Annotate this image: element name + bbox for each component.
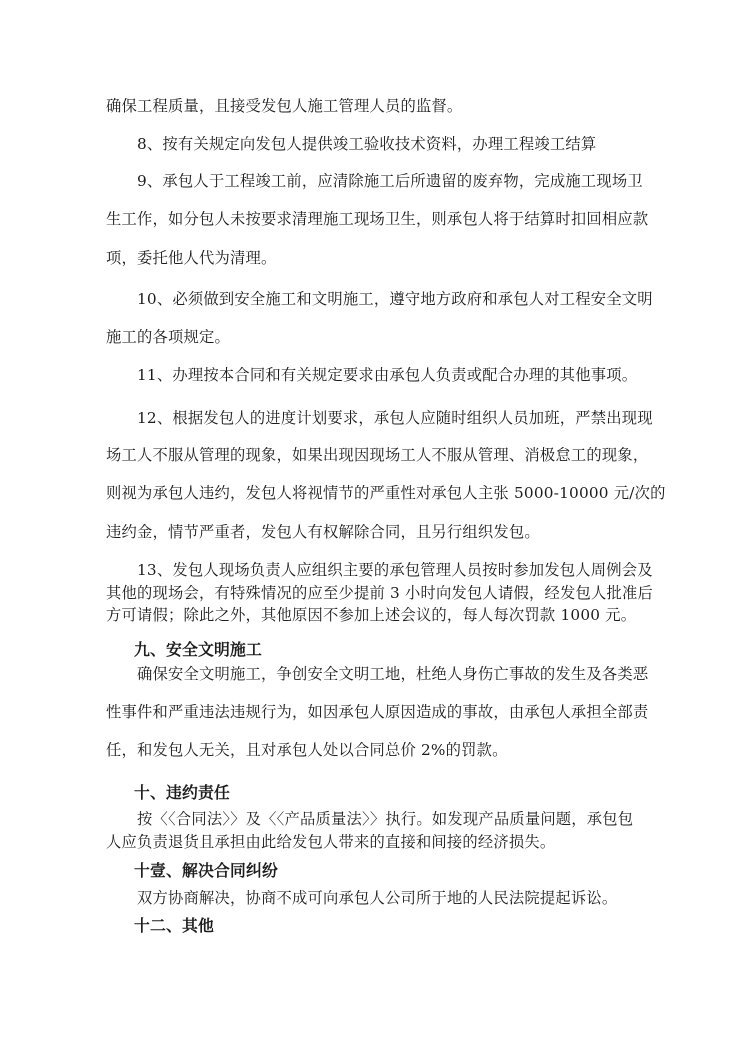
- document-line: 人应负责退货且承担由此给发包人带来的直接和间接的经济损失。: [106, 834, 555, 851]
- document-line: 12、根据发包人的进度计划要求，承包人应随时组织人员加班，严禁出现现: [137, 410, 653, 427]
- document-line: 项，委托他人代为清理。: [106, 250, 276, 267]
- document-text-block: 确保工程质量，且接受发包人施工管理人员的监督。8、按有关规定向发包人提供竣工验收…: [0, 0, 744, 1052]
- section-heading: 十二、其他: [134, 917, 214, 934]
- document-line: 按〈〈合同法〉〉及〈〈产品质量法〉〉执行。如发现产品质量问题，承包包: [137, 811, 633, 828]
- document-line: 生工作，如分包人未按要求清理施工现场卫生，则承包人将于结算时扣回相应款: [106, 211, 648, 228]
- document-line: 8、按有关规定向发包人提供竣工验收技术资料，办理工程竣工结算: [137, 136, 596, 153]
- document-line: 10、必须做到安全施工和文明施工，遵守地方政府和承包人对工程安全文明: [137, 291, 653, 308]
- document-line: 违约金，情节严重者，发包人有权解除合同，且另行组织发包。: [106, 524, 540, 541]
- document-line: 方可请假；除此之外，其他原因不参加上述会议的，每人每次罚款 1000 元。: [106, 607, 636, 624]
- contract-document-page: 确保工程质量，且接受发包人施工管理人员的监督。8、按有关规定向发包人提供竣工验收…: [0, 0, 744, 1052]
- document-line: 13、发包人现场负责人应组织主要的承包管理人员按时参加发包人周例会及: [137, 562, 653, 579]
- document-line: 双方协商解决，协商不成可向承包人公司所于地的人民法院提起诉讼。: [137, 890, 617, 907]
- section-heading: 十、违约责任: [134, 784, 230, 801]
- section-heading: 十壹、解决合同纠纷: [134, 862, 278, 879]
- document-line: 施工的各项规定。: [106, 329, 230, 346]
- document-line: 则视为承包人违约，发包人将视情节的严重性对承包人主张 5000-10000 元/…: [106, 485, 666, 502]
- section-heading: 九、安全文明施工: [134, 641, 262, 658]
- document-line: 确保工程质量，且接受发包人施工管理人员的监督。: [106, 98, 462, 115]
- document-line: 9、承包人于工程竣工前，应清除施工后所遗留的废弃物，完成施工现场卫: [137, 173, 643, 190]
- document-line: 性事件和严重违法违规行为，如因承包人原因造成的事故，由承包人承担全部责: [106, 704, 648, 721]
- document-line: 其他的现场会，有特殊情况的应至少提前 3 小时向发包人请假，经发包人批准后: [106, 585, 653, 602]
- document-line: 任，和发包人无关，且对承包人处以合同总价 2%的罚款。: [106, 742, 508, 759]
- document-line: 场工人不服从管理的现象，如果出现因现场工人不服从管理、消极怠工的现象，: [106, 447, 648, 464]
- document-line: 确保安全文明施工，争创安全文明工地，杜绝人身伤亡事故的发生及各类恶: [137, 666, 648, 683]
- document-line: 11、办理按本合同和有关规定要求由承包人负责或配合办理的其他事项。: [137, 367, 637, 384]
